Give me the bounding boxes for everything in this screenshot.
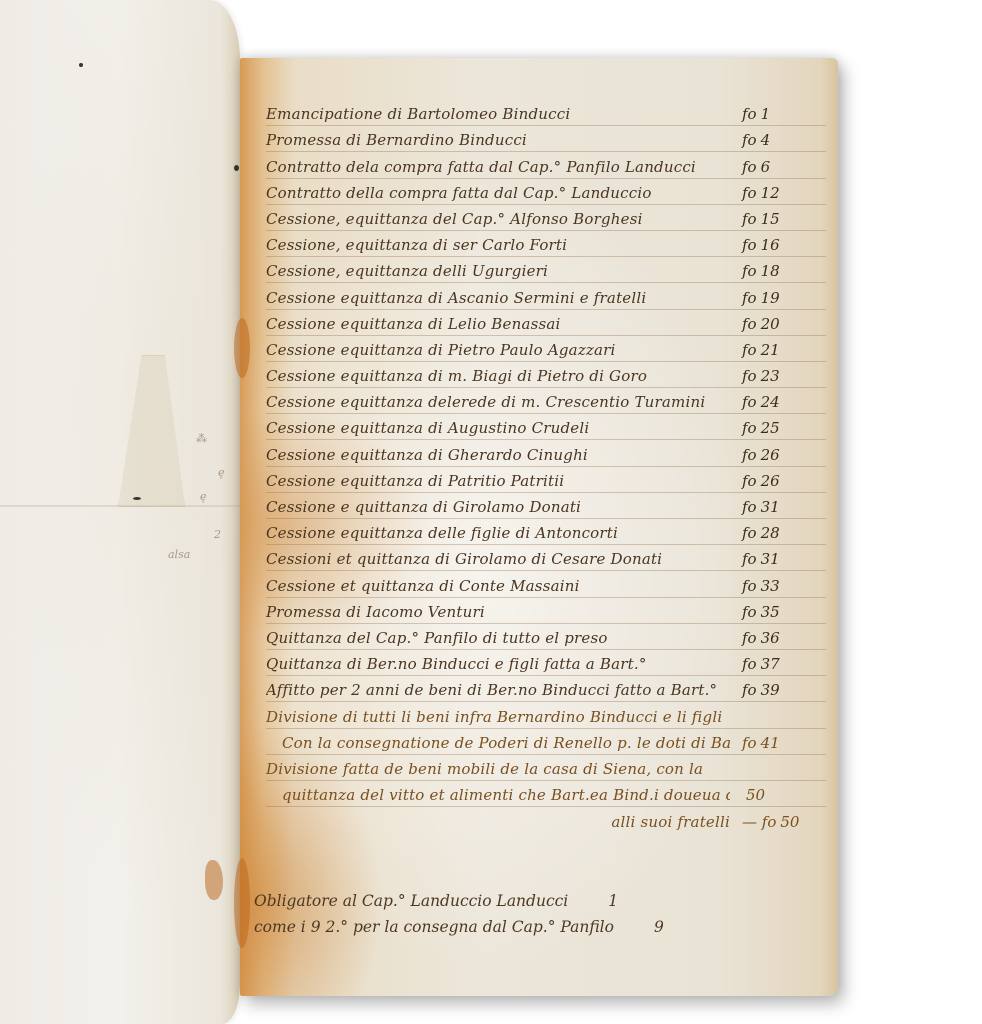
index-entry: alli suoi fratelli— fo50 xyxy=(266,807,826,833)
entry-title: Contratto della compra fatta dal Cap.° L… xyxy=(266,184,730,204)
entry-folio: fo18 xyxy=(730,262,826,282)
bleed-through-mark: alsa xyxy=(168,548,190,561)
index-entry: Divisione fatta de beni mobili de la cas… xyxy=(266,755,826,781)
entry-folio: fo20 xyxy=(730,315,826,335)
entry-title: Cessione equittanza di Pietro Paulo Agaz… xyxy=(266,341,730,361)
entry-folio: fo6 xyxy=(730,158,826,178)
entry-title: Cessione equittanza delle figlie di Anto… xyxy=(266,524,730,544)
index-entry: Emancipatione di Bartolomeo Binduccifo1 xyxy=(266,100,826,126)
entry-folio: fo26 xyxy=(730,472,826,492)
index-entry: Quittanza di Ber.no Binducci e figli fat… xyxy=(266,650,826,676)
late-note: come i 9 2.° per la consegna dal Cap.° P… xyxy=(254,918,824,944)
entry-folio: fo39 xyxy=(730,681,826,701)
index-entry: Affitto per 2 anni de beni di Ber.no Bin… xyxy=(266,676,826,702)
index-entry: Cessione et quittanza di Conte Massainif… xyxy=(266,571,826,597)
entry-folio: fo4 xyxy=(730,131,826,151)
index-entry: Cessione equittanza di Gherardo Cinughif… xyxy=(266,440,826,466)
entry-title: Promessa di Iacomo Venturi xyxy=(266,603,730,623)
late-annotations: Obligatore al Cap.° Landuccio Landucci1 … xyxy=(254,892,824,944)
entry-folio: fo28 xyxy=(730,524,826,544)
entry-folio: fo35 xyxy=(730,603,826,623)
entry-folio: fo25 xyxy=(730,419,826,439)
foxing-stain xyxy=(234,318,250,378)
bleed-through-mark: ⁂ xyxy=(196,432,207,445)
left-page-verso: ⁂ ę ę 2 alsa xyxy=(0,0,240,1024)
entry-title: Cessione, equittanza delli Ugurgieri xyxy=(266,262,730,282)
entry-title: Contratto dela compra fatta dal Cap.° Pa… xyxy=(266,158,730,178)
entry-folio xyxy=(730,760,826,780)
entry-folio: fo41 xyxy=(730,734,826,754)
index-entry: Quittanza del Cap.° Panfilo di tutto el … xyxy=(266,624,826,650)
ink-speck xyxy=(133,497,141,500)
index-entry: Contratto dela compra fatta dal Cap.° Pa… xyxy=(266,152,826,178)
entry-title: Cessione equittanza di Patritio Patritii xyxy=(266,472,730,492)
index-entry: Cessione equittanza di Lelio Benassaifo2… xyxy=(266,310,826,336)
index-entry: Cessione equittanza di Ascanio Sermini e… xyxy=(266,283,826,309)
entry-folio: 50 xyxy=(730,786,826,806)
index-entry: Cessione equittanza di Patritio Patritii… xyxy=(266,467,826,493)
entry-title: Cessione equittanza delerede di m. Cresc… xyxy=(266,393,730,413)
entry-folio: — fo50 xyxy=(730,813,826,833)
ghost-stamp-mark xyxy=(118,355,185,507)
entry-folio: fo24 xyxy=(730,393,826,413)
index-entry: Promessa di Iacomo Venturifo35 xyxy=(266,598,826,624)
index-entry: Con la consegnatione de Poderi di Renell… xyxy=(266,729,826,755)
entry-title: Con la consegnatione de Poderi di Renell… xyxy=(266,734,730,754)
entry-title: Divisione fatta de beni mobili de la cas… xyxy=(266,760,730,780)
entry-folio: fo19 xyxy=(730,289,826,309)
entry-title: Cessione equittanza di Augustino Crudeli xyxy=(266,419,730,439)
index-entry: Contratto della compra fatta dal Cap.° L… xyxy=(266,179,826,205)
ink-speck xyxy=(234,165,239,171)
late-note: Obligatore al Cap.° Landuccio Landucci1 xyxy=(254,892,824,918)
index-entry: Cessione e quittanza di Girolamo Donatif… xyxy=(266,493,826,519)
index-entry-list: Emancipatione di Bartolomeo Binduccifo1 … xyxy=(266,100,826,833)
index-entry: Cessione, equittanza del Cap.° Alfonso B… xyxy=(266,205,826,231)
entry-folio: fo36 xyxy=(730,629,826,649)
entry-title: Cessione e quittanza di Girolamo Donati xyxy=(266,498,730,518)
index-entry: Cessione equittanza di Augustino Crudeli… xyxy=(266,414,826,440)
entry-title: Cessione equittanza di m. Biagi di Pietr… xyxy=(266,367,730,387)
entry-title: Promessa di Bernardino Binducci xyxy=(266,131,730,151)
index-entry: Cessione equittanza delerede di m. Cresc… xyxy=(266,388,826,414)
entry-title: Cessione equittanza di Gherardo Cinughi xyxy=(266,446,730,466)
bleed-through-mark: ę xyxy=(218,466,225,479)
entry-title: Quittanza del Cap.° Panfilo di tutto el … xyxy=(266,629,730,649)
foxing-stain xyxy=(205,860,223,900)
entry-title: Quittanza di Ber.no Binducci e figli fat… xyxy=(266,655,730,675)
entry-folio: fo21 xyxy=(730,341,826,361)
foxing-stain xyxy=(234,858,250,948)
index-entry: Cessione, equittanza delli Ugurgierifo18 xyxy=(266,257,826,283)
index-entry: quittanza del vitto et alimenti che Bart… xyxy=(266,781,826,807)
entry-title: quittanza del vitto et alimenti che Bart… xyxy=(266,786,730,806)
entry-folio: fo31 xyxy=(730,550,826,570)
index-entry: Cessione, equittanza di ser Carlo Fortif… xyxy=(266,231,826,257)
entry-title: Cessione equittanza di Lelio Benassai xyxy=(266,315,730,335)
right-page-index: Emancipatione di Bartolomeo Binduccifo1 … xyxy=(240,58,838,996)
entry-folio: fo31 xyxy=(730,498,826,518)
index-entry: Cessione equittanza di m. Biagi di Pietr… xyxy=(266,362,826,388)
index-entry: Promessa di Bernardino Binduccifo4 xyxy=(266,126,826,152)
entry-title: Emancipatione di Bartolomeo Binducci xyxy=(266,105,730,125)
index-entry: Cessione equittanza di Pietro Paulo Agaz… xyxy=(266,336,826,362)
entry-folio: fo23 xyxy=(730,367,826,387)
entry-title: Cessione equittanza di Ascanio Sermini e… xyxy=(266,289,730,309)
entry-folio: fo16 xyxy=(730,236,826,256)
index-entry: Cessione equittanza delle figlie di Anto… xyxy=(266,519,826,545)
ink-speck xyxy=(79,63,83,67)
entry-title: alli suoi fratelli xyxy=(301,813,730,833)
entry-folio: fo33 xyxy=(730,577,826,597)
entry-title: Affitto per 2 anni de beni di Ber.no Bin… xyxy=(266,681,730,701)
bleed-through-mark: ę xyxy=(200,490,207,503)
bleed-through-mark: 2 xyxy=(214,528,221,541)
entry-title: Divisione di tutti li beni infra Bernard… xyxy=(266,708,730,728)
index-entry: Divisione di tutti li beni infra Bernard… xyxy=(266,702,826,728)
entry-title: Cessione, equittanza di ser Carlo Forti xyxy=(266,236,730,256)
entry-title: Cessione et quittanza di Conte Massaini xyxy=(266,577,730,597)
entry-folio: fo15 xyxy=(730,210,826,230)
entry-folio xyxy=(730,708,826,728)
entry-folio: fo1 xyxy=(730,105,826,125)
entry-title: Cessioni et quittanza di Girolamo di Ces… xyxy=(266,550,730,570)
entry-title: Cessione, equittanza del Cap.° Alfonso B… xyxy=(266,210,730,230)
entry-folio: fo12 xyxy=(730,184,826,204)
index-entry: Cessioni et quittanza di Girolamo di Ces… xyxy=(266,545,826,571)
entry-folio: fo37 xyxy=(730,655,826,675)
entry-folio: fo26 xyxy=(730,446,826,466)
